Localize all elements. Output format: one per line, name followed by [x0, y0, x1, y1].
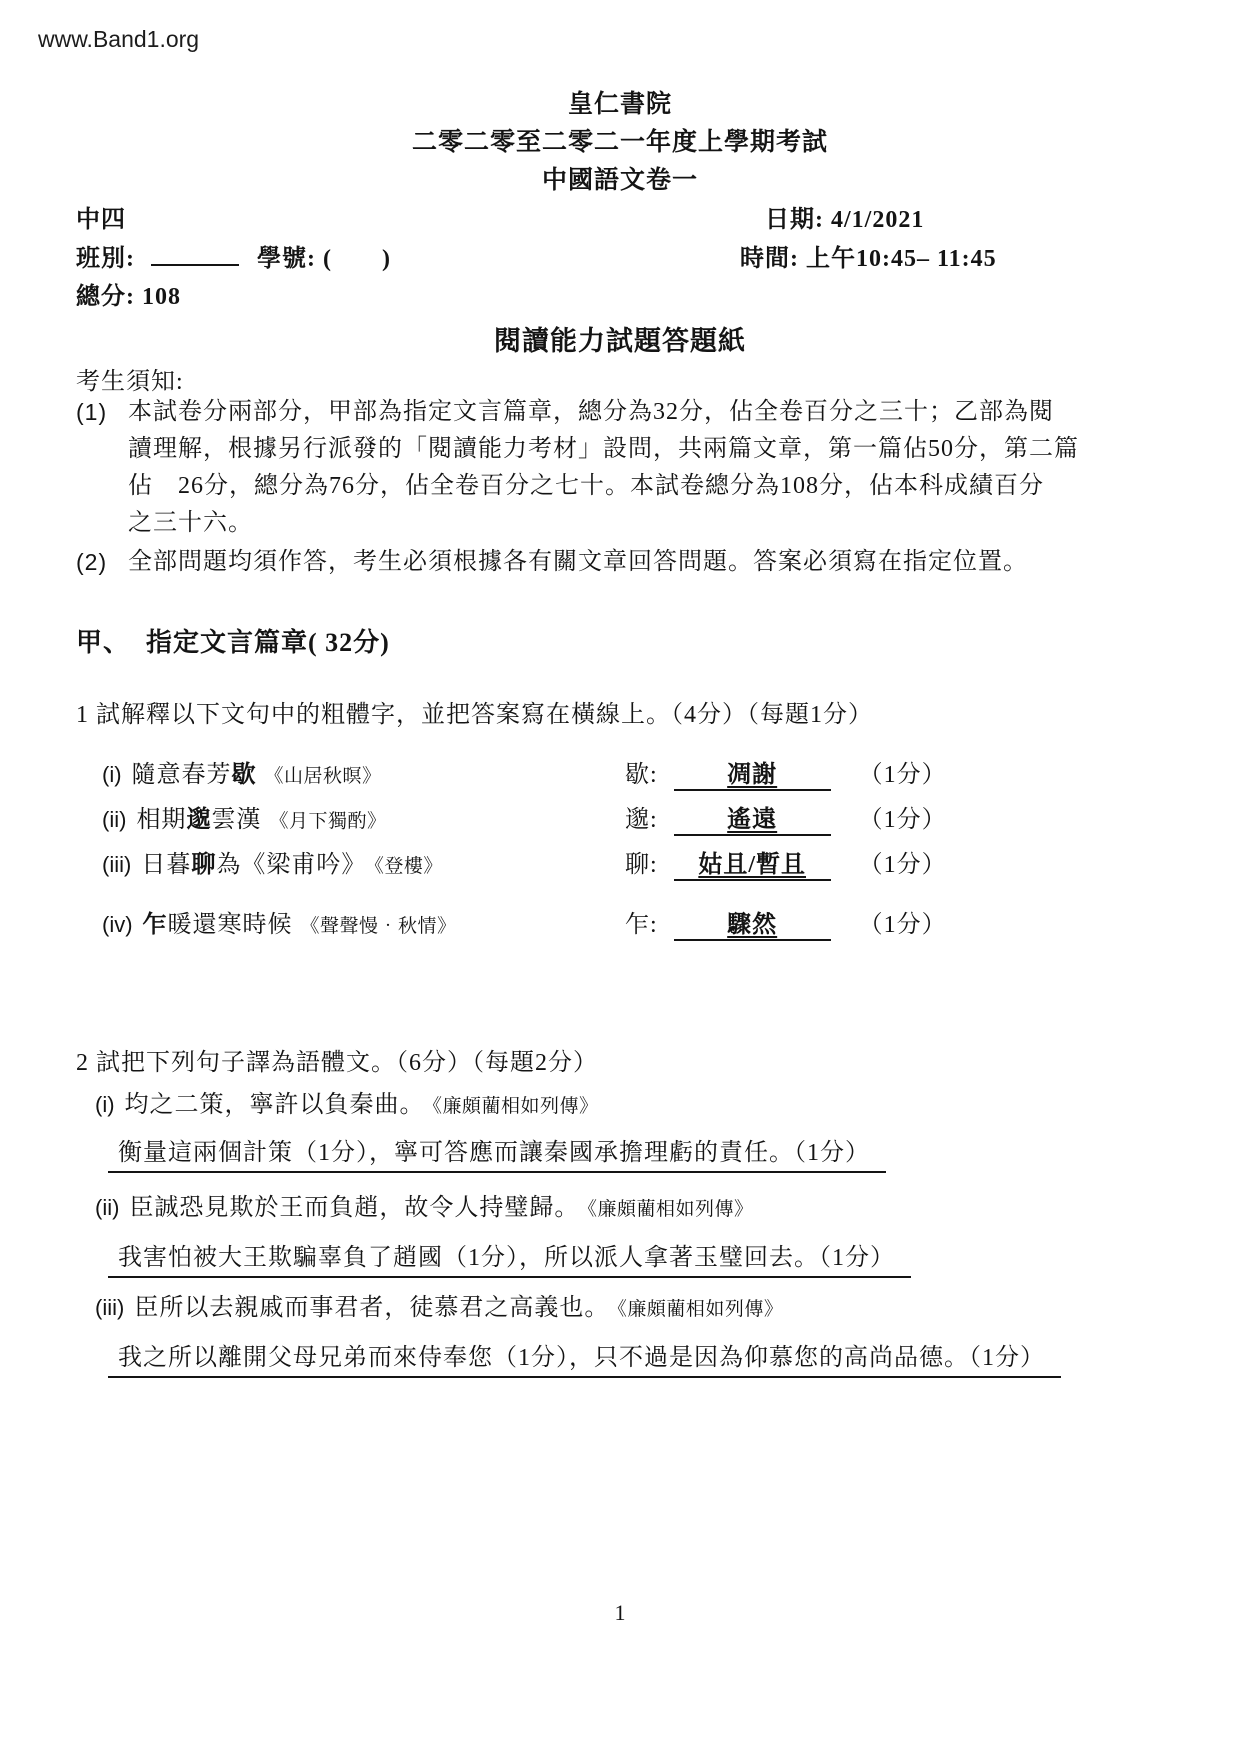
- class-blank-field: [151, 240, 239, 266]
- exam-paper-page: www.Band1.org 皇仁書院 二零二零至二零二一年度上學期考試 中國語文…: [0, 0, 1240, 1754]
- q2-ii-answer-row: 我害怕被大王欺騙辜負了趙國（1分），所以派人拿著玉璧回去。（1分）: [108, 1237, 911, 1278]
- q2-i-answer-row: 衡量這兩個計策（1分），寧可答應而讓秦國承擔理虧的責任。（1分）: [108, 1132, 886, 1173]
- q1-iv-answer-text: 驟然: [727, 912, 777, 938]
- q1-ii-answer-blank: 遙遠: [674, 799, 831, 836]
- q2-i-source-title: 《廉頗藺相如列傳》: [433, 1096, 599, 1117]
- q1-iv-source-title: 《聲聲慢‧秋情》: [301, 916, 457, 937]
- candidate-info-right: 日期: 4/1/2021 時間: 上午10:45– 11:45: [740, 201, 997, 278]
- time-label: 時間:: [740, 246, 799, 272]
- q1-ii-answer-label: 邈:: [625, 807, 658, 833]
- q1-i-marks: （1分）: [859, 762, 947, 788]
- notice-2-text: 全部問題均須作答，考生必須根據各有關文章回答問題。答案必須寫在指定位置。: [128, 544, 1028, 581]
- q2-ii-sentence: 臣誠恐見欺於王而負趙，故令人持璧歸。: [129, 1195, 579, 1221]
- q2-iii-answer-text: 我之所以離開父母兄弟而來侍奉您（1分），只不過是因為仰慕您的高尚品德。（1分）: [108, 1337, 1061, 1378]
- q1-i-answer-blank: 凋謝: [674, 754, 831, 791]
- q1-ii-answer-area: 邈:遙遠（1分）: [625, 799, 947, 836]
- q1-iii-answer-area: 聊:姑且/暫且（1分）: [625, 844, 947, 881]
- q1-i-answer-text: 凋謝: [727, 762, 777, 788]
- q1-iii-answer-blank: 姑且/暫且: [674, 844, 831, 881]
- student-no-label: 學號:: [257, 246, 316, 272]
- total-label: 總分:: [76, 284, 135, 310]
- q1-iv-answer-label: 乍:: [625, 912, 658, 938]
- q1-ii-label: (ii): [102, 807, 126, 832]
- student-no-paren-field: ( ): [323, 246, 391, 272]
- page-number: 1: [0, 1600, 1240, 1626]
- question-2-intro: 2 試把下列句子譯為語體文。（6分）（每題2分）: [76, 1042, 598, 1077]
- total-value: 108: [142, 284, 181, 310]
- q1-iv-marks: （1分）: [859, 912, 947, 938]
- q1-item-i: (i)隨意春芳歇《山居秋暝》 歇:凋謝（1分）: [0, 754, 1240, 794]
- q1-i-bold-char: 歇: [232, 762, 257, 788]
- candidate-info-left: 中四 班別:學號: ( ) 總分: 108: [76, 201, 391, 317]
- q2-item-iii: (iii)臣所以去親戚而事君者，徒慕君之高義也。《廉頗藺相如列傳》: [95, 1287, 783, 1322]
- q1-iii-source-title: 《登樓》: [374, 856, 443, 877]
- q1-iii-bold-char: 聊: [191, 852, 216, 878]
- section-a-number: 甲、: [76, 628, 130, 657]
- q1-item-iii: (iii)日暮聊為《梁甫吟》《登樓》 聊:姑且/暫且（1分）: [0, 844, 1240, 884]
- date-row: 日期: 4/1/2021: [740, 201, 997, 240]
- q1-iv-sentence: (iv)乍暖還寒時候《聲聲慢‧秋情》: [102, 904, 457, 939]
- exam-title: 二零二零至二零二一年度上學期考試: [0, 124, 1240, 162]
- date-value: 4/1/2021: [831, 207, 924, 233]
- q1-i-source-title: 《山居秋暝》: [265, 766, 382, 787]
- notice-heading: 考生須知:: [76, 361, 184, 396]
- q1-iii-answer-label: 聊:: [625, 852, 658, 878]
- time-value: 上午10:45– 11:45: [806, 246, 997, 272]
- answer-sheet-title: 閱讀能力試題答題紙: [0, 319, 1240, 358]
- q1-ii-marks: （1分）: [859, 807, 947, 833]
- q2-iii-answer-row: 我之所以離開父母兄弟而來侍奉您（1分），只不過是因為仰慕您的高尚品德。（1分）: [108, 1337, 1061, 1378]
- q1-i-label: (i): [102, 762, 122, 787]
- notice-1-line: 佔 26分，總分為76分，佔全卷百分之七十。本試卷總分為108分，佔本科成績百分: [128, 468, 1079, 505]
- time-row: 時間: 上午10:45– 11:45: [740, 240, 997, 279]
- q1-ii-answer-text: 遙遠: [727, 807, 777, 833]
- q2-i-sentence: 均之二策，寧許以負秦曲。: [125, 1092, 425, 1118]
- class-label: 班別:: [76, 246, 135, 272]
- q1-ii-pre: 相期: [136, 807, 186, 833]
- q1-iii-label: (iii): [102, 852, 131, 877]
- notice-1-text: 本試卷分兩部分，甲部為指定文言篇章，總分為32分，佔全卷百分之三十；乙部為閱 讀…: [128, 394, 1079, 542]
- q2-ii-source-title: 《廉頗藺相如列傳》: [587, 1199, 753, 1220]
- section-a-heading: 甲、指定文言篇章( 32分): [76, 622, 390, 659]
- section-a-title: 指定文言篇章( 32分): [146, 628, 390, 657]
- date-label: 日期:: [765, 207, 824, 233]
- q1-iii-sentence: (iii)日暮聊為《梁甫吟》《登樓》: [102, 844, 443, 879]
- q1-item-ii: (ii)相期邈雲漢《月下獨酌》 邈:遙遠（1分）: [0, 799, 1240, 839]
- q2-item-i: (i)均之二策，寧許以負秦曲。《廉頗藺相如列傳》: [95, 1084, 599, 1119]
- notice-item-2: (2) 全部問題均須作答，考生必須根據各有關文章回答問題。答案必須寫在指定位置。: [76, 544, 1028, 581]
- paper-header: 皇仁書院 二零二零至二零二一年度上學期考試 中國語文卷一: [0, 86, 1240, 200]
- q1-ii-bold-char: 邈: [186, 807, 211, 833]
- q1-iii-post: 為《梁甫吟》: [216, 852, 366, 878]
- q2-i-label: (i): [95, 1092, 115, 1117]
- q2-item-ii: (ii)臣誠恐見欺於王而負趙，故令人持璧歸。《廉頗藺相如列傳》: [95, 1187, 753, 1222]
- paper-title: 中國語文卷一: [0, 162, 1240, 200]
- q2-i-answer-text: 衡量這兩個計策（1分），寧可答應而讓秦國承擔理虧的責任。（1分）: [108, 1132, 886, 1173]
- q1-i-sentence: (i)隨意春芳歇《山居秋暝》: [102, 754, 382, 789]
- q1-i-answer-area: 歇:凋謝（1分）: [625, 754, 947, 791]
- class-and-student-row: 班別:學號: ( ): [76, 240, 391, 279]
- q1-iv-answer-blank: 驟然: [674, 904, 831, 941]
- notice-2-number: (2): [76, 544, 107, 581]
- q1-ii-sentence: (ii)相期邈雲漢《月下獨酌》: [102, 799, 386, 834]
- q1-iv-answer-area: 乍:驟然（1分）: [625, 904, 947, 941]
- q1-i-pre: 隨意春芳: [132, 762, 232, 788]
- notice-item-1: (1) 本試卷分兩部分，甲部為指定文言篇章，總分為32分，佔全卷百分之三十；乙部…: [76, 394, 1079, 542]
- q1-i-answer-label: 歇:: [625, 762, 658, 788]
- q1-ii-source-title: 《月下獨酌》: [269, 811, 386, 832]
- q1-iii-answer-text: 姑且/暫且: [698, 852, 806, 878]
- notice-1-line: 本試卷分兩部分，甲部為指定文言篇章，總分為32分，佔全卷百分之三十；乙部為閱: [128, 394, 1079, 431]
- watermark-url: www.Band1.org: [38, 26, 199, 53]
- q1-item-iv: (iv)乍暖還寒時候《聲聲慢‧秋情》 乍:驟然（1分）: [0, 904, 1240, 944]
- q1-iii-marks: （1分）: [859, 852, 947, 878]
- q1-iii-pre: 日暮: [141, 852, 191, 878]
- total-marks-row: 總分: 108: [76, 278, 391, 317]
- q1-iv-post: 暖還寒時候: [168, 912, 293, 938]
- q2-iii-label: (iii): [95, 1295, 124, 1320]
- q2-ii-answer-text: 我害怕被大王欺騙辜負了趙國（1分），所以派人拿著玉璧回去。（1分）: [108, 1237, 911, 1278]
- q2-iii-source-title: 《廉頗藺相如列傳》: [617, 1299, 783, 1320]
- notice-1-number: (1): [76, 394, 107, 431]
- q1-ii-post: 雲漢: [211, 807, 261, 833]
- notice-1-line: 之三十六。: [128, 505, 1079, 542]
- notice-1-line: 讀理解，根據另行派發的「閱讀能力考材」設問，共兩篇文章，第一篇佔50分，第二篇: [128, 431, 1079, 468]
- school-name: 皇仁書院: [0, 86, 1240, 124]
- q1-iv-bold-char: 乍: [143, 912, 168, 938]
- q2-ii-label: (ii): [95, 1195, 119, 1220]
- q1-iv-label: (iv): [102, 912, 133, 937]
- q2-iii-sentence: 臣所以去親戚而事君者，徒慕君之高義也。: [134, 1295, 609, 1321]
- question-1-intro: 1 試解釋以下文句中的粗體字，並把答案寫在橫線上。（4分）（每題1分）: [76, 694, 873, 729]
- form-level: 中四: [76, 201, 391, 240]
